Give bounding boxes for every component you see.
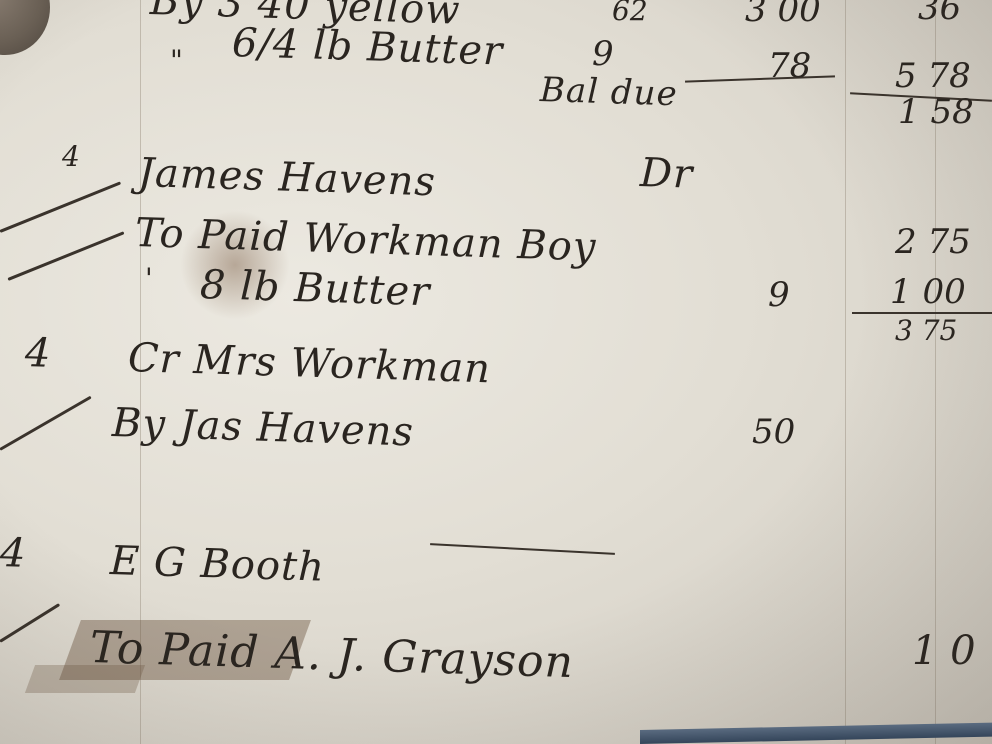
- entry-amount: 78: [768, 46, 811, 86]
- underline: [685, 75, 835, 82]
- ledger-page: By 3 40 yellow 62 3 00 36 " 6/4 lb Butte…: [0, 0, 992, 744]
- entry-name: E G Booth: [109, 538, 325, 591]
- entry-line-text: 6/4 lb Butter: [231, 20, 504, 74]
- check-mark: [7, 231, 124, 281]
- book-cover-edge: [640, 723, 992, 744]
- underline: [430, 543, 615, 555]
- entry-rate: 9: [592, 34, 614, 74]
- entry-amount: 50: [752, 412, 795, 452]
- balance-label: Bal due: [539, 70, 678, 114]
- check-mark: [0, 181, 121, 232]
- check-mark: [0, 603, 60, 643]
- entry-amount: 3 00: [745, 0, 821, 30]
- entry-total: 36: [918, 0, 961, 28]
- entry-day: 4: [24, 330, 52, 377]
- ditto-mark: ': [145, 262, 153, 295]
- entry-total: 2 75: [895, 222, 971, 262]
- ditto-mark: ": [170, 44, 183, 77]
- entry-name: James Havens: [137, 150, 436, 205]
- entry-name: Cr Mrs Workman: [127, 335, 491, 392]
- entry-suffix: Dr: [639, 150, 694, 198]
- balance-amount: 1 58: [898, 92, 974, 132]
- finger-shadow: [0, 0, 50, 55]
- entry-day: 4: [0, 530, 27, 577]
- entry-line-text: By Jas Havens: [111, 400, 414, 455]
- entry-total: 1 0: [912, 628, 976, 674]
- entry-rate: 9: [768, 275, 790, 315]
- check-mark: [0, 396, 92, 451]
- entry-line-text: 8 lb Butter: [199, 262, 431, 315]
- entry-sum: 3 75: [895, 314, 957, 347]
- amount-column-rule: [845, 0, 846, 744]
- entry-qty: 62: [612, 0, 648, 27]
- entry-total: 1 00: [890, 272, 966, 312]
- entry-day: 4: [62, 140, 80, 173]
- entry-total: 5 78: [895, 56, 971, 96]
